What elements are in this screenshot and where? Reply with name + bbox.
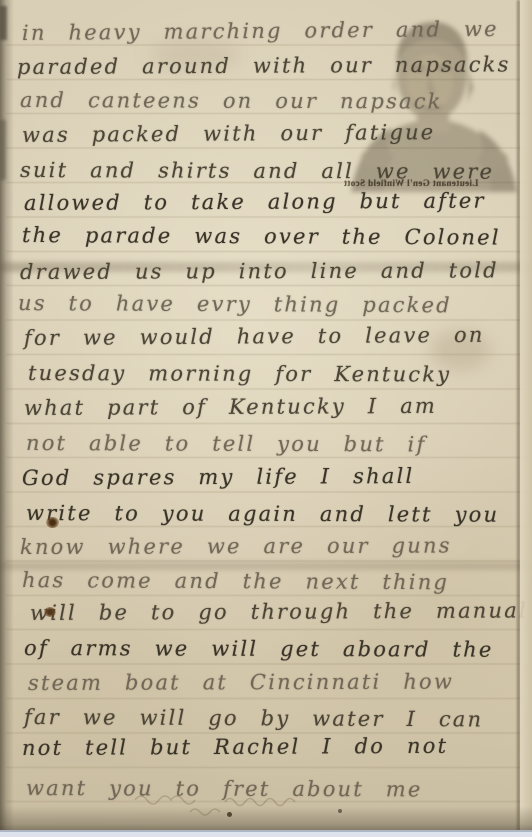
handwritten-line: tuesday morning for Kentucky <box>28 356 451 391</box>
handwritten-line: what part of Kentucky I am <box>24 389 437 425</box>
page-edge-mark <box>0 120 6 180</box>
scanned-letter-page: { "page": { "kind": "Scanned handwritten… <box>0 0 532 837</box>
handwritten-line: steam boat at Cincinnati how <box>28 665 454 700</box>
handwritten-line: drawed us up into line and told <box>20 253 499 289</box>
handwritten-line: us to have evry thing packed <box>18 286 452 322</box>
handwritten-line: write to you again and lett you <box>26 496 499 532</box>
ink-stain <box>46 517 59 528</box>
handwritten-line: not able to tell you but if <box>26 426 427 461</box>
handwritten-line: in heavy marching order and we <box>22 12 499 50</box>
handwritten-line: not tell but Rachel I do not <box>22 729 448 765</box>
handwritten-line: God spares my life I shall <box>22 459 415 495</box>
handwritten-line: was packed with our fatigue <box>22 115 436 152</box>
page-right-edge <box>520 0 532 832</box>
scanner-bed-strip <box>0 830 532 837</box>
page-bottom-shadow <box>0 806 532 832</box>
handwritten-line: allowed to take along but after <box>24 184 486 220</box>
handwritten-line: the parade was over the Colonel <box>22 218 501 255</box>
ink-stain <box>44 607 56 617</box>
handwritten-line: paraded around with our napsacks <box>17 47 511 84</box>
handwritten-line: know where we are our guns <box>20 528 452 564</box>
page-edge-mark <box>0 6 7 40</box>
handwritten-line: of arms we will get aboard the <box>24 631 494 667</box>
handwritten-line: will be to go through the manual <box>30 593 528 630</box>
handwritten-line: and canteens on our napsack <box>20 83 443 118</box>
handwritten-line: for we would have to leave on <box>24 318 485 355</box>
